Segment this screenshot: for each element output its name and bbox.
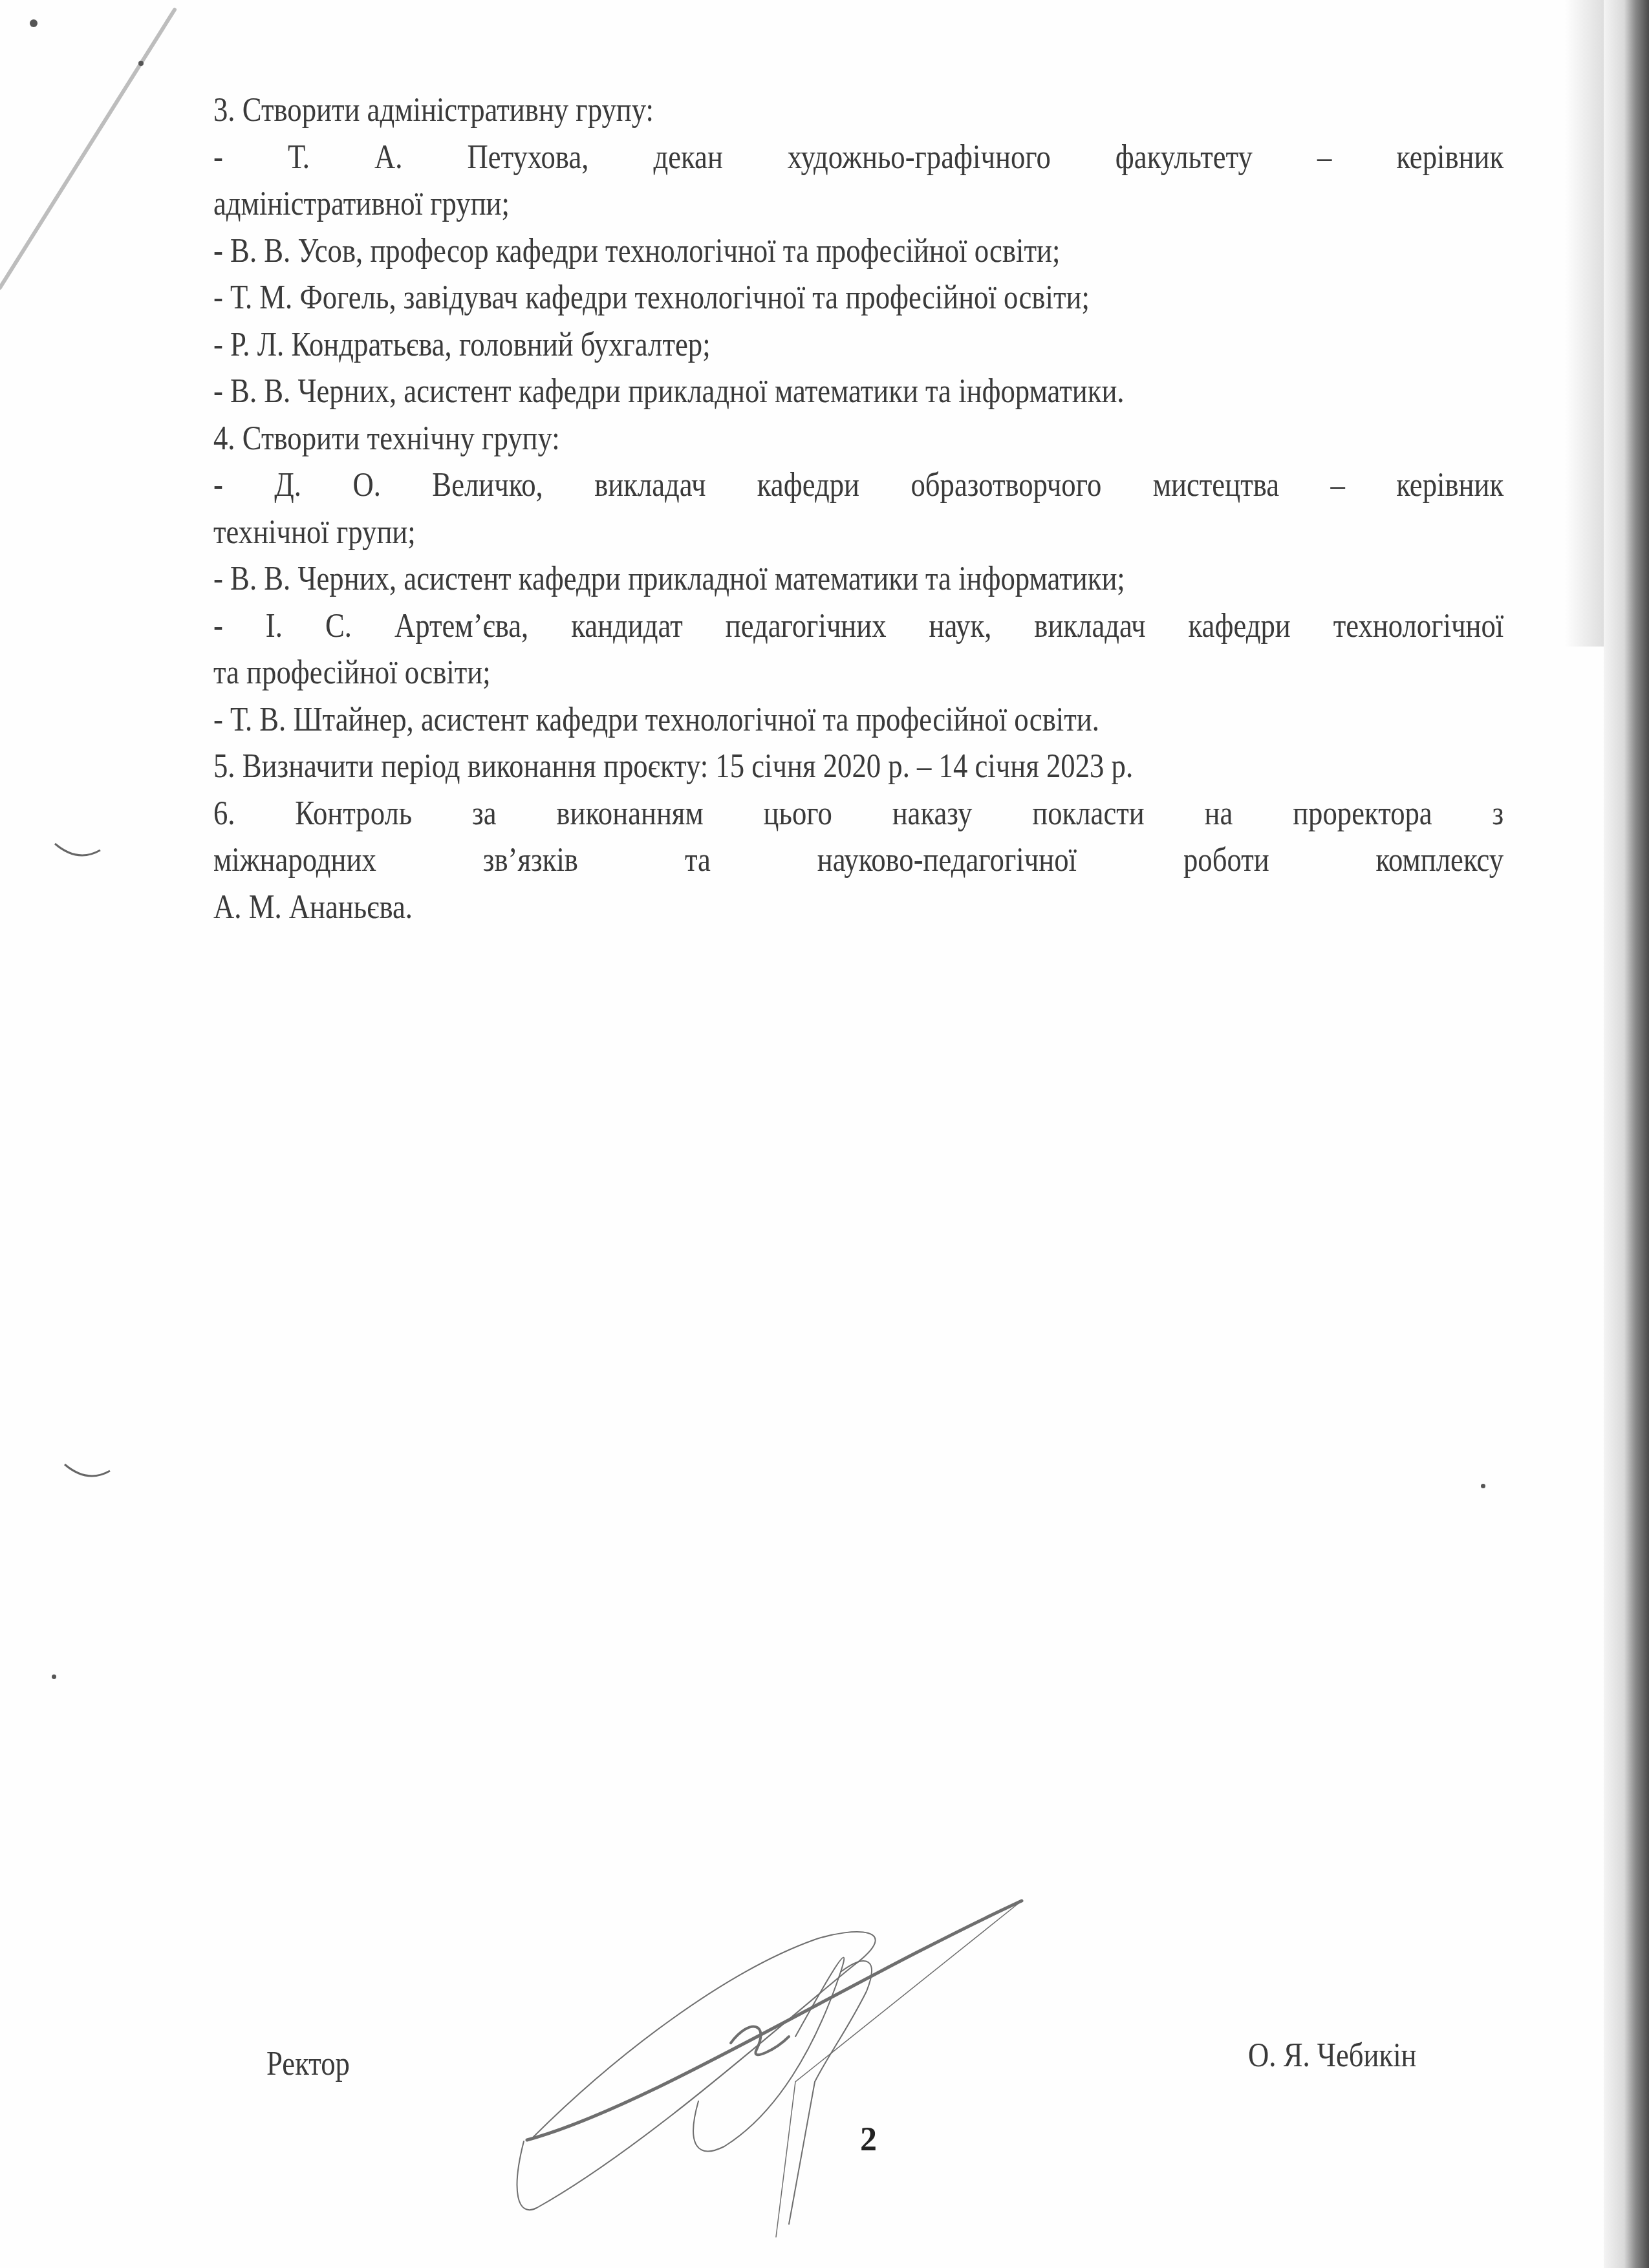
document-line: міжнародних зв’язків та науково-педагогі… (213, 837, 1503, 884)
scan-speck (30, 19, 38, 27)
document-line: А. М. Ананьєва. (213, 884, 1503, 932)
scan-speck (138, 61, 144, 66)
document-line: 3. Створити адміністративну групу: (213, 87, 1503, 134)
document-line: - Т. В. Штайнер, асистент кафедри технол… (213, 697, 1503, 744)
document-line: технічної групи; (213, 509, 1503, 557)
staple-mark (61, 1458, 113, 1484)
document-line: - В. В. Черних, асистент кафедри приклад… (213, 369, 1503, 416)
document-line: - І. С. Артем’єва, кандидат педагогічних… (213, 603, 1503, 650)
scan-speck (52, 1674, 56, 1679)
paper-fold-mark (0, 0, 194, 362)
page-number: 2 (860, 2121, 877, 2159)
document-line: та професійної освіти; (213, 650, 1503, 697)
signature (453, 1888, 1326, 2250)
document-line: - В. В. Черних, асистент кафедри приклад… (213, 556, 1503, 603)
signer-position: Ректор (266, 2045, 350, 2083)
document-line: - Р. Л. Кондратьєва, головний бухгалтер; (213, 322, 1503, 369)
signer-name: О. Я. Чебикін (1248, 2037, 1417, 2075)
staple-mark (52, 837, 103, 863)
document-line: 6. Контроль за виконанням цього наказу п… (213, 791, 1503, 838)
document-line: адміністративної групи; (213, 181, 1503, 228)
document-line: - Т. М. Фогель, завідувач кафедри технол… (213, 275, 1503, 322)
document-line: - Т. А. Петухова, декан художньо-графічн… (213, 134, 1503, 182)
document-line: 5. Визначити період виконання проєкту: 1… (213, 744, 1503, 791)
document-line: - В. В. Усов, професор кафедри технологі… (213, 228, 1503, 275)
scanner-edge-shadow (1604, 0, 1649, 2268)
document-body: 3. Створити адміністративну групу:- Т. А… (213, 87, 1503, 931)
scanner-shading (1565, 0, 1604, 647)
document-line: - Д. О. Величко, викладач кафедри образо… (213, 462, 1503, 509)
scan-speck (1481, 1484, 1485, 1488)
document-line: 4. Створити технічну групу: (213, 416, 1503, 463)
